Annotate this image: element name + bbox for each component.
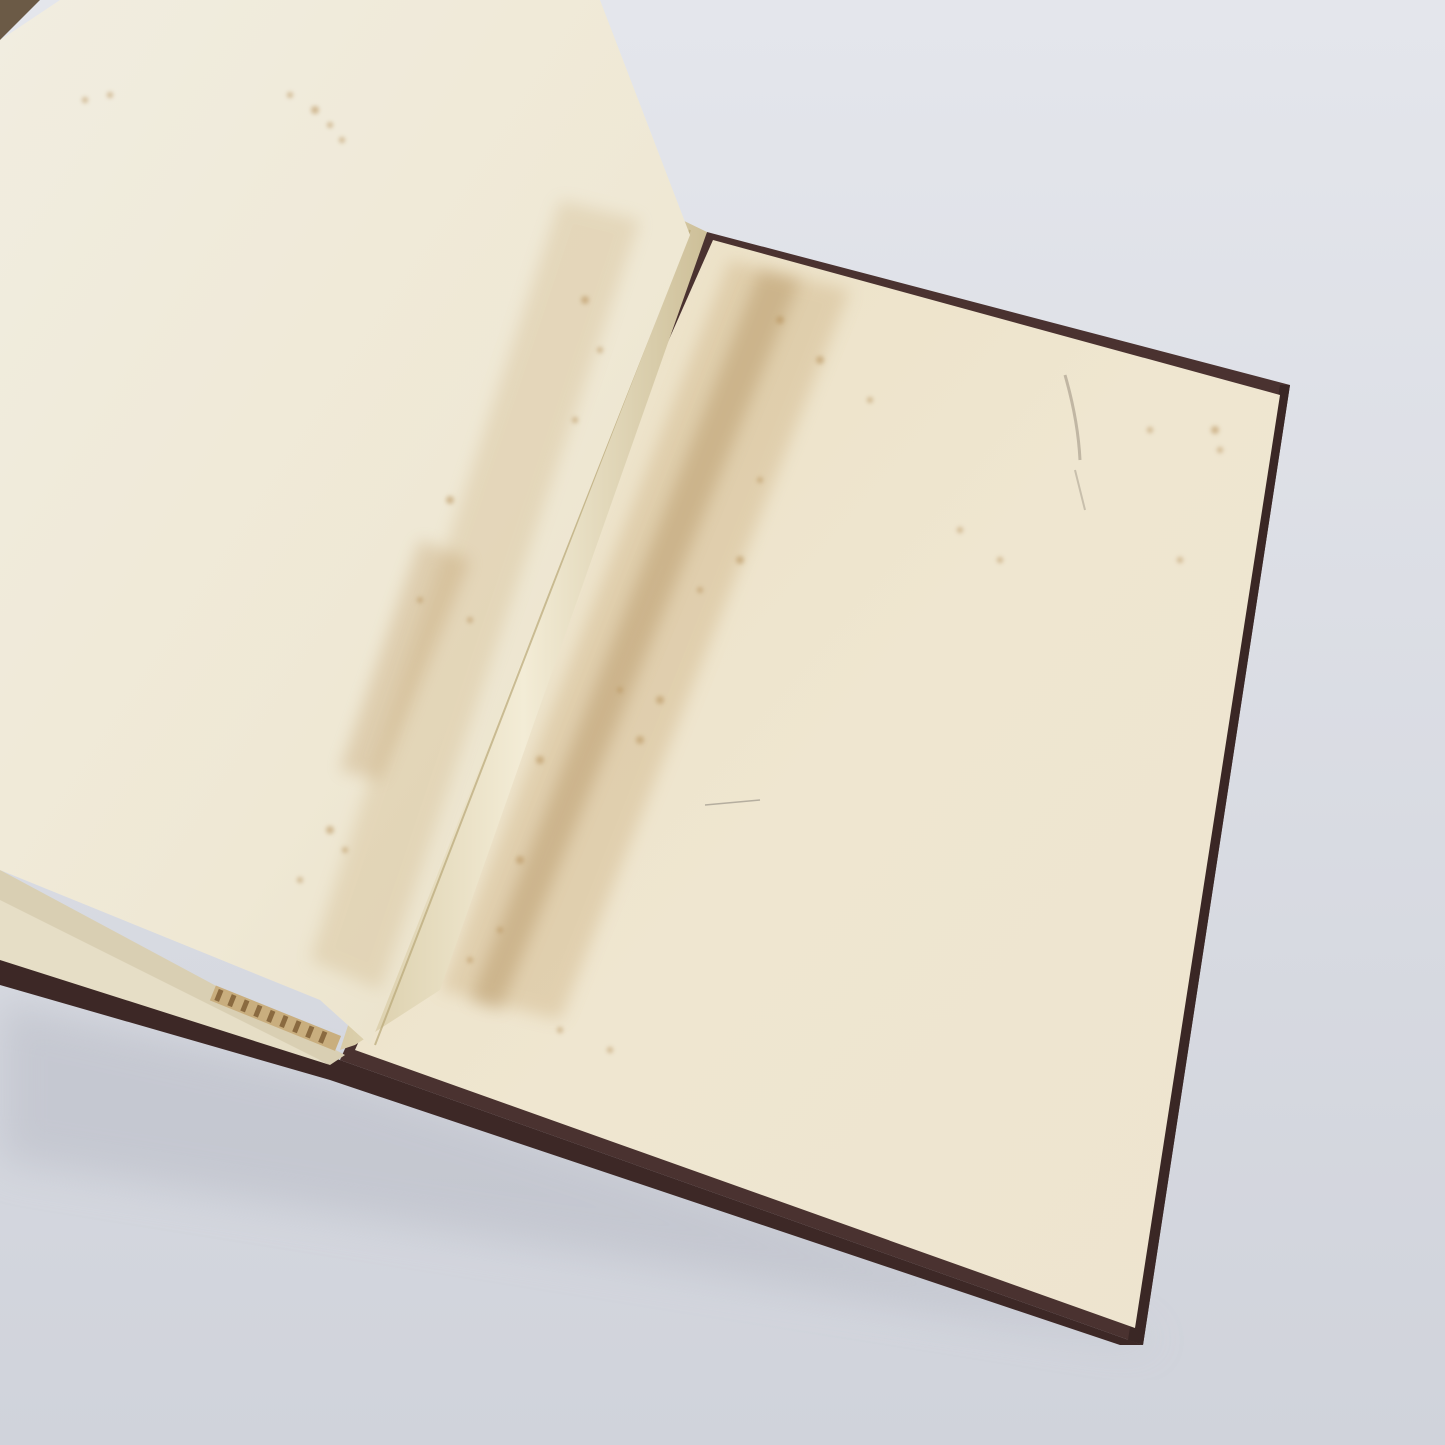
photo-scene: Open antique hardcover book showing blan… (0, 0, 1445, 1445)
book-photo (0, 0, 1445, 1445)
